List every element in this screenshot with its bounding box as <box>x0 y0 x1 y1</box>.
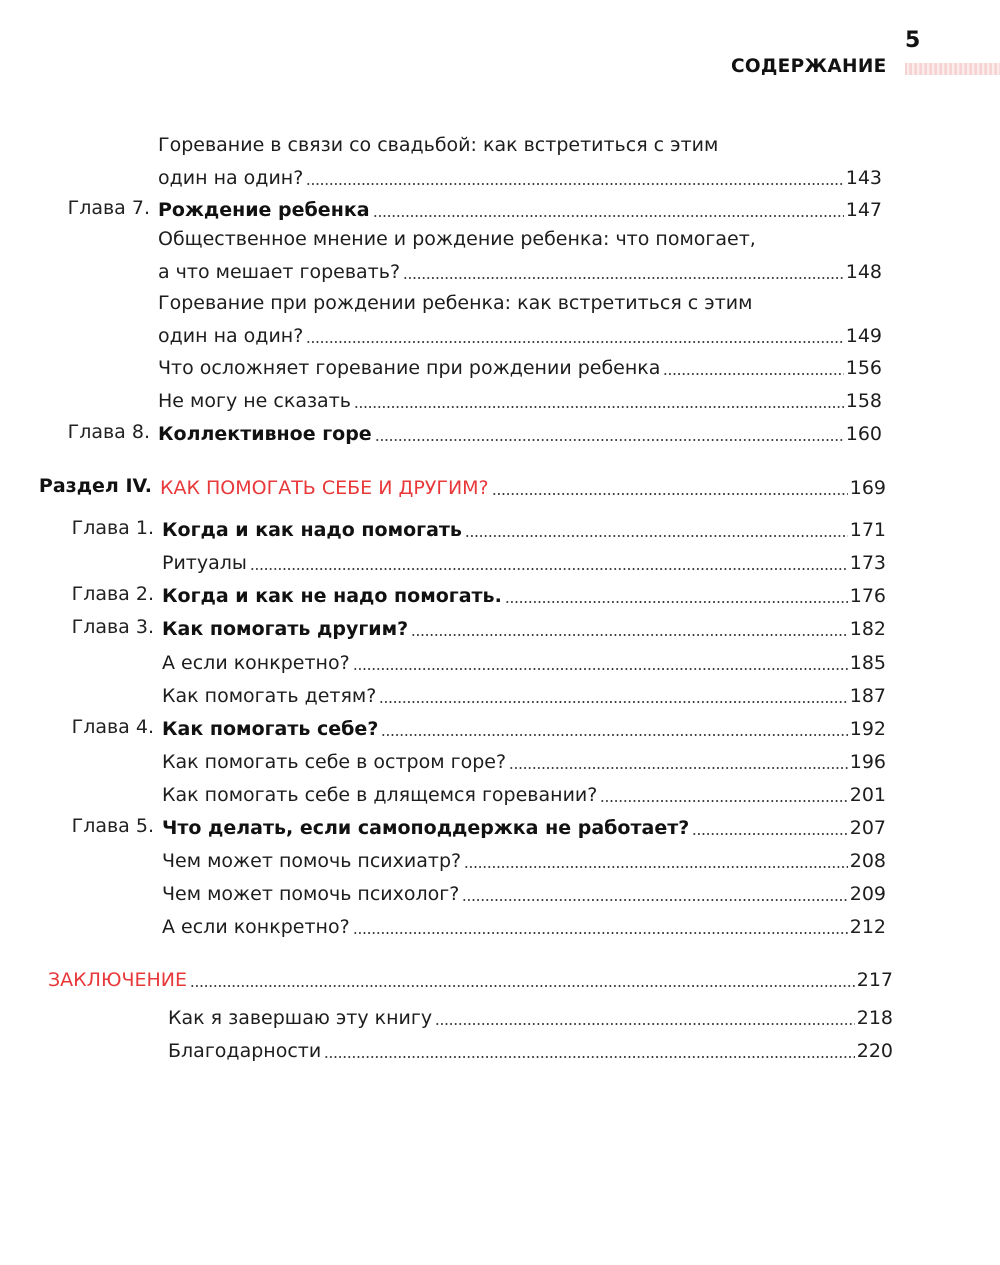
dot-leader <box>353 668 848 670</box>
dot-leader <box>379 701 847 703</box>
page-number-ref: 182 <box>850 617 886 641</box>
entry-title: Как помогать другим? <box>162 617 408 641</box>
toc-entry[interactable]: а что мешает горевать?148 <box>158 254 882 284</box>
entry-title: А если конкретно? <box>162 651 350 675</box>
chapter-label: Глава 4. <box>0 715 154 739</box>
toc-entry[interactable]: Как помогать себе в длящемся горевании?2… <box>162 777 886 807</box>
page-number-ref: 187 <box>850 684 886 708</box>
toc-entry[interactable]: Чем может помочь психиатр?208 <box>162 843 886 873</box>
toc-entry[interactable]: Чем может помочь психолог?209 <box>162 876 886 906</box>
entry-title: Коллективное горе <box>158 422 372 446</box>
entry-title: Когда и как надо помогать <box>162 518 462 542</box>
page-number-ref: 217 <box>857 968 893 992</box>
chapter-label: Глава 2. <box>0 582 154 606</box>
page-number-ref: 158 <box>846 389 882 413</box>
dot-leader <box>250 568 848 570</box>
toc-entry[interactable]: Не могу не сказать158 <box>158 383 882 413</box>
dot-leader <box>353 932 848 934</box>
page-number-ref: 171 <box>850 518 886 542</box>
entry-title: А если конкретно? <box>162 915 350 939</box>
header-decorative-band <box>905 63 1000 75</box>
dot-leader <box>465 535 848 537</box>
entry-title: Когда и как не надо помогать. <box>162 584 502 608</box>
page-number-ref: 160 <box>846 422 882 446</box>
dot-leader <box>190 985 855 987</box>
entry-title: Чем может помочь психиатр? <box>162 849 461 873</box>
dot-leader <box>306 341 843 343</box>
dot-leader <box>663 373 843 375</box>
entry-title: Как помогать себе? <box>162 717 378 741</box>
toc-entry[interactable]: Как помогать детям?187 <box>162 678 886 708</box>
entry-title: Что осложняет горевание при рождении реб… <box>158 356 660 380</box>
page-number-ref: 156 <box>846 356 882 380</box>
toc-entry[interactable]: Что делать, если самоподдержка не работа… <box>162 810 886 840</box>
entry-title: Как помогать себе в остром горе? <box>162 750 506 774</box>
toc-entry[interactable]: Рождение ребенка147 <box>158 192 882 222</box>
page-number-ref: 209 <box>850 882 886 906</box>
page-number-ref: 148 <box>846 260 882 284</box>
page-number-ref: 207 <box>850 816 886 840</box>
dot-leader <box>403 277 844 279</box>
dot-leader <box>462 899 847 901</box>
chapter-label: Глава 7. <box>0 196 150 220</box>
page-number-ref: 218 <box>857 1006 893 1030</box>
entry-title: а что мешает горевать? <box>158 260 400 284</box>
entry-title: Как я завершаю эту книгу <box>168 1006 432 1030</box>
entry-title-first-line: Горевание при рождении ребенка: как встр… <box>158 291 752 315</box>
chapter-label: Глава 3. <box>0 615 154 639</box>
dot-leader <box>354 406 844 408</box>
toc-entry[interactable]: ЗАКЛЮЧЕНИЕ217 <box>48 962 893 992</box>
dot-leader <box>411 634 848 636</box>
toc-entry[interactable]: Коллективное горе160 <box>158 416 882 446</box>
page-number-ref: 196 <box>850 750 886 774</box>
toc-entry[interactable]: Когда и как надо помогать171 <box>162 512 886 542</box>
dot-leader <box>381 734 847 736</box>
toc-entry[interactable]: один на один?149 <box>158 318 882 348</box>
page-number-ref: 201 <box>850 783 886 807</box>
entry-title: один на один? <box>158 166 303 190</box>
entry-title-first-line: Горевание в связи со свадьбой: как встре… <box>158 133 718 157</box>
page-number: 5 <box>905 28 920 53</box>
toc-entry[interactable]: КАК ПОМОГАТЬ СЕБЕ И ДРУГИМ?169 <box>160 470 886 500</box>
entry-title: ЗАКЛЮЧЕНИЕ <box>48 968 187 992</box>
section-label: Раздел IV. <box>0 474 152 498</box>
page-number-ref: 149 <box>846 324 882 348</box>
toc-entry[interactable]: Как помогать другим?182 <box>162 611 886 641</box>
dot-leader <box>464 866 848 868</box>
toc-entry[interactable]: Когда и как не надо помогать.176 <box>162 578 886 608</box>
entry-title: один на один? <box>158 324 303 348</box>
dot-leader <box>492 493 848 495</box>
page-number-ref: 147 <box>846 198 882 222</box>
toc-entry[interactable]: Что осложняет горевание при рождении реб… <box>158 350 882 380</box>
dot-leader <box>509 767 848 769</box>
dot-leader <box>505 601 848 603</box>
dot-leader <box>306 183 843 185</box>
running-title: СОДЕРЖАНИЕ <box>731 56 887 77</box>
entry-title: Чем может помочь психолог? <box>162 882 459 906</box>
toc-entry[interactable]: Как помогать себе в остром горе?196 <box>162 744 886 774</box>
entry-title: Ритуалы <box>162 551 247 575</box>
page-number-ref: 192 <box>850 717 886 741</box>
entry-title: Что делать, если самоподдержка не работа… <box>162 816 689 840</box>
chapter-label: Глава 8. <box>0 420 150 444</box>
page-number-ref: 208 <box>850 849 886 873</box>
page-number-ref: 169 <box>850 476 886 500</box>
page-number-ref: 173 <box>850 551 886 575</box>
page-number-ref: 220 <box>857 1039 893 1063</box>
toc-entry[interactable]: Ритуалы173 <box>162 545 886 575</box>
dot-leader <box>373 215 844 217</box>
toc-entry[interactable]: Как я завершаю эту книгу218 <box>168 1000 893 1030</box>
dot-leader <box>375 439 844 441</box>
toc-entry[interactable]: А если конкретно?212 <box>162 909 886 939</box>
toc-entry[interactable]: Как помогать себе?192 <box>162 711 886 741</box>
page-number-ref: 185 <box>850 651 886 675</box>
entry-title: Как помогать себе в длящемся горевании? <box>162 783 597 807</box>
dot-leader <box>324 1056 855 1058</box>
chapter-label: Глава 1. <box>0 516 154 540</box>
toc-entry[interactable]: один на один?143 <box>158 160 882 190</box>
dot-leader <box>435 1023 855 1025</box>
chapter-label: Глава 5. <box>0 814 154 838</box>
page-number-ref: 212 <box>850 915 886 939</box>
entry-title: Благодарности <box>168 1039 321 1063</box>
toc-entry[interactable]: А если конкретно?185 <box>162 645 886 675</box>
entry-title: Как помогать детям? <box>162 684 376 708</box>
entry-title-first-line: Общественное мнение и рождение ребенка: … <box>158 227 756 251</box>
dot-leader <box>600 800 847 802</box>
entry-title: Рождение ребенка <box>158 198 370 222</box>
toc-entry[interactable]: Благодарности220 <box>168 1033 893 1063</box>
dot-leader <box>692 833 847 835</box>
page-number-ref: 143 <box>846 166 882 190</box>
page-number-ref: 176 <box>850 584 886 608</box>
entry-title: КАК ПОМОГАТЬ СЕБЕ И ДРУГИМ? <box>160 476 489 500</box>
entry-title: Не могу не сказать <box>158 389 351 413</box>
